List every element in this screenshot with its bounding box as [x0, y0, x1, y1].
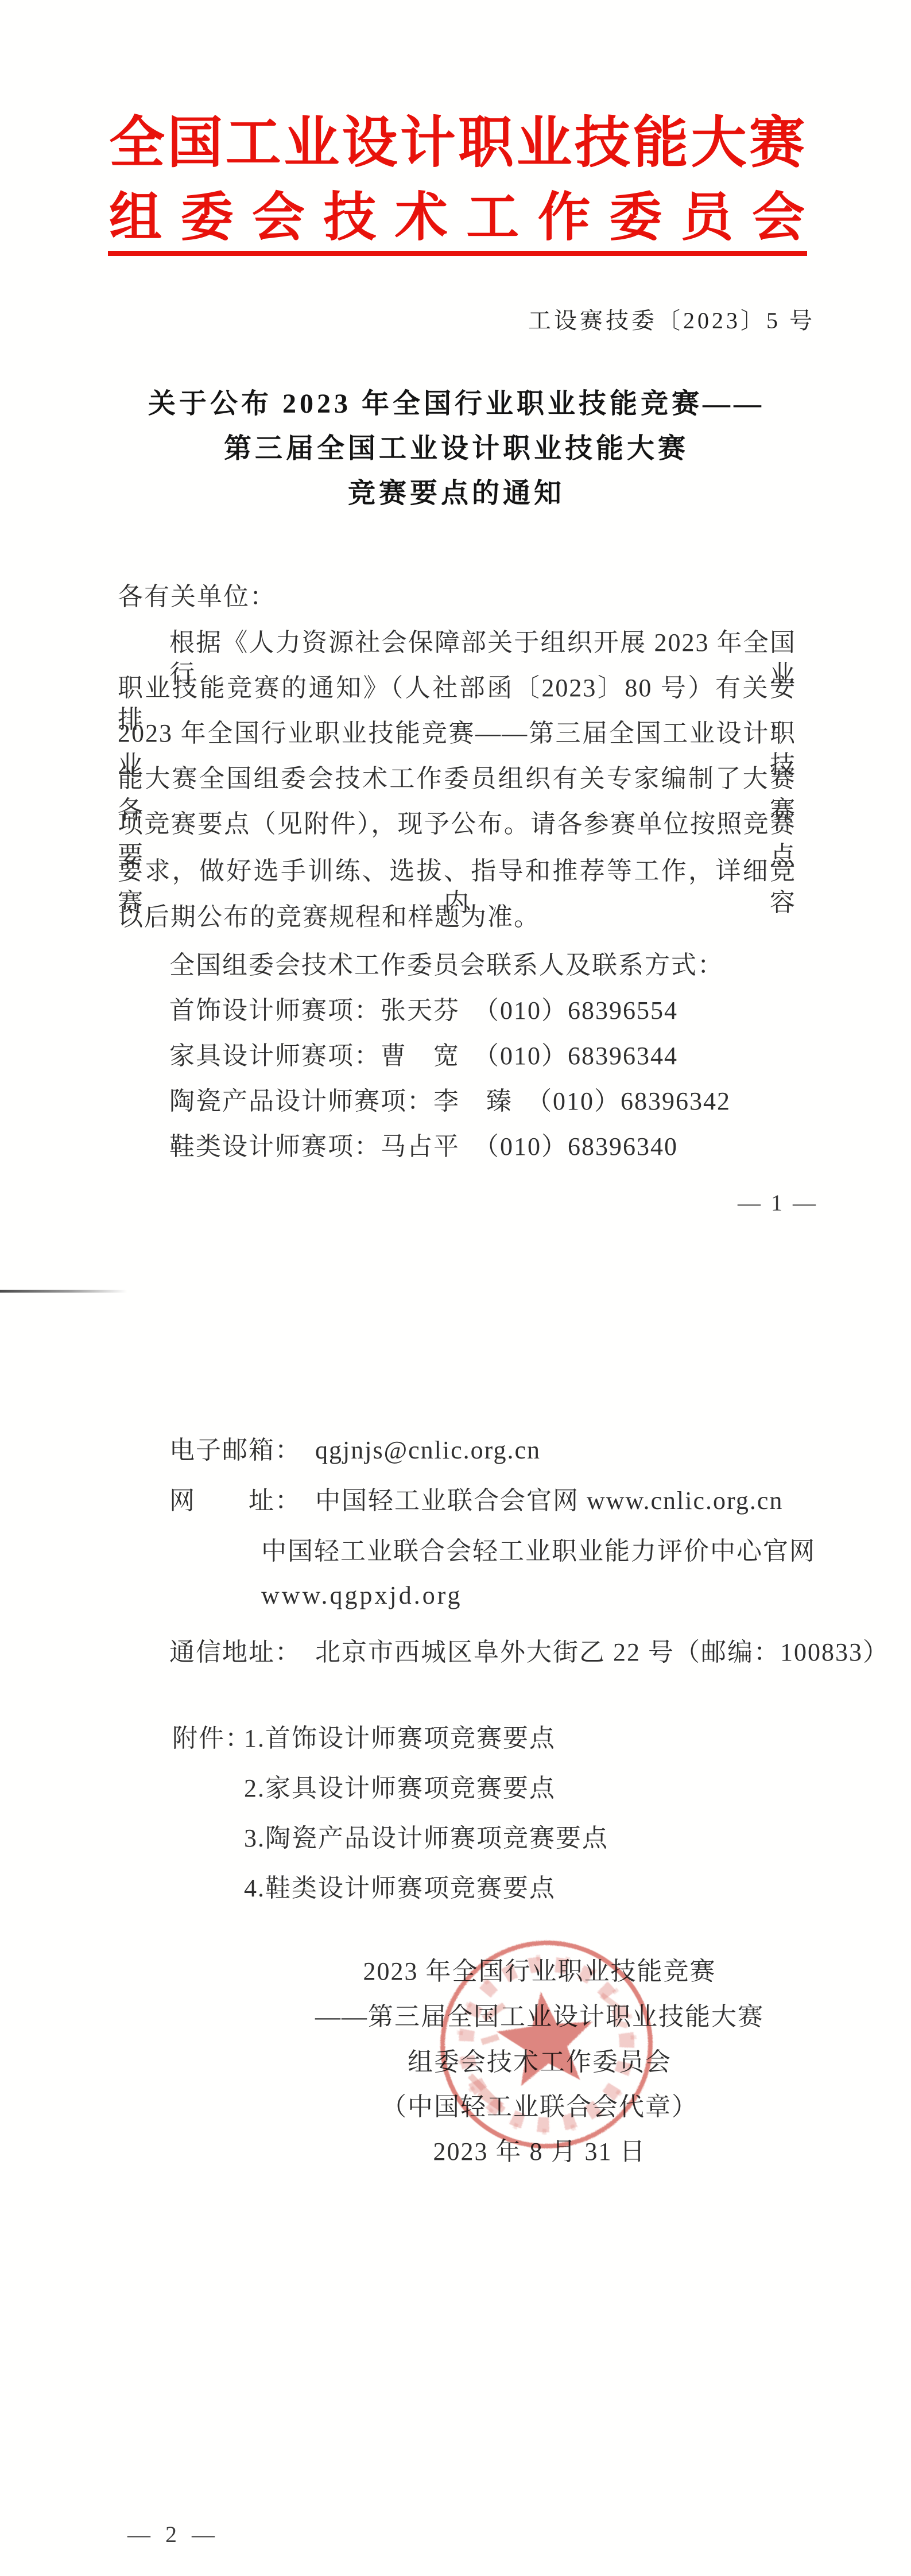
- masthead-line-1: 全国工业设计职业技能大赛: [109, 114, 805, 174]
- notice-title-line-1: 关于公布 2023 年全国行业职业技能竞赛——: [115, 389, 798, 420]
- page-number-2: — 2 —: [127, 2521, 219, 2548]
- contact-line-footwear: 鞋类设计师赛项：马占平 （010）68396340: [169, 1131, 678, 1162]
- official-seal-stamp-icon: [423, 1921, 670, 2168]
- attachment-item-2: 2.家具设计师赛项竞赛要点: [244, 1767, 556, 1804]
- body-line-7: 以后期公布的竞赛规程和样题为准。: [118, 901, 540, 933]
- scanned-notice-document: 全国工业设计职业技能大赛 组委会技术工作委员会 工设赛技委〔2023〕5 号 关…: [0, 0, 911, 2576]
- page-2: 电子邮箱： qgjnjs@cnlic.org.cn 网 址： 中国轻工业联合会官…: [0, 1288, 911, 2576]
- website-line-2: 中国轻工业联合会轻工业职业能力评价中心官网: [261, 1530, 816, 1567]
- seal-star-icon: [493, 1987, 598, 2088]
- scan-artifact-line: [0, 1290, 127, 1293]
- postal-address-line: 通信地址： 北京市西城区阜外大街乙 22 号（邮编：100833）: [169, 1631, 889, 1668]
- contact-line-furniture: 家具设计师赛项：曹 宽 （010）68396344: [169, 1040, 678, 1072]
- attachments-label: 附件：: [172, 1717, 251, 1754]
- website-line-3: www.qgpxjd.org: [261, 1581, 463, 1610]
- attachment-item-1: 1.首饰设计师赛项竞赛要点: [244, 1717, 556, 1754]
- email-line: 电子邮箱： qgjnjs@cnlic.org.cn: [169, 1429, 541, 1466]
- notice-title-line-2: 第三届全国工业设计职业技能大赛: [115, 434, 798, 464]
- attachment-item-4: 4.鞋类设计师赛项竞赛要点: [244, 1867, 556, 1904]
- contact-line-jewelry: 首饰设计师赛项：张天芬 （010）68396554: [169, 995, 678, 1026]
- contact-line-ceramics: 陶瓷产品设计师赛项：李 臻 （010）68396342: [169, 1085, 731, 1117]
- attachment-item-3: 3.陶瓷产品设计师赛项竞赛要点: [244, 1817, 608, 1854]
- contact-intro: 全国组委会技术工作委员会联系人及联系方式：: [169, 949, 724, 981]
- notice-title-line-3: 竞赛要点的通知: [115, 479, 798, 509]
- masthead-line-2: 组委会技术工作委员会: [109, 189, 805, 246]
- salutation: 各有关单位：: [118, 581, 276, 612]
- masthead-rule: [108, 251, 807, 256]
- document-number: 工设赛技委〔2023〕5 号: [528, 302, 815, 335]
- page-number-1: — 1 —: [738, 1189, 818, 1216]
- page-1: 全国工业设计职业技能大赛 组委会技术工作委员会 工设赛技委〔2023〕5 号 关…: [0, 0, 911, 1288]
- website-line-1: 网 址： 中国轻工业联合会官网 www.cnlic.org.cn: [169, 1480, 783, 1516]
